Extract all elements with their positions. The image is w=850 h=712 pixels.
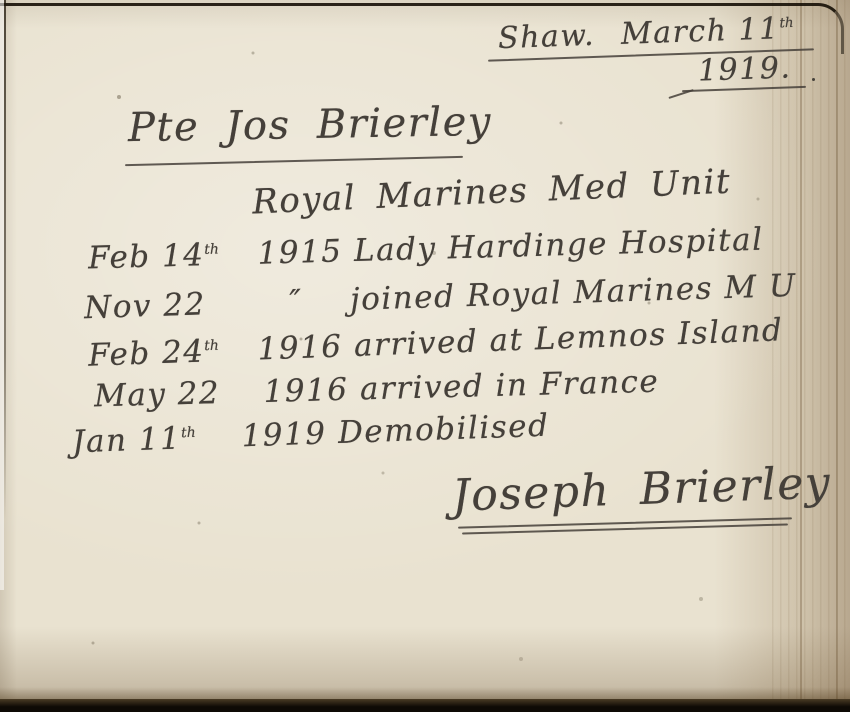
entry-date: Nov 22 [84,286,207,326]
entry-year: 1919 [229,415,338,455]
entry-date: May 22 [94,375,221,414]
entry-year: 1916 [252,371,361,410]
entry-description: arrived at Lemnos Island [353,312,783,364]
dateline-place: Shaw. [497,18,595,56]
page-bottom-shadow [0,687,850,699]
entry-year-ditto: ″ [242,282,351,321]
service-entry: May 22 1916 arrived in France [94,364,660,415]
page-bottom-edge [0,699,850,712]
heading-underline [125,156,463,166]
entry-description: joined Royal Marines M U [349,268,797,318]
entry-year: 1915 [246,233,355,272]
album-page: Shaw.March 11th 1919. Pte Jos Brierley R… [0,0,850,712]
entry-description: arrived in France [360,364,660,408]
page-crease [800,0,802,712]
dateline-year: 1919. [697,50,792,88]
year-underline-flourish [668,89,693,98]
entry-date: Feb 14 [88,237,205,276]
service-entry: Feb 14th 1915 Lady Hardinge Hospital [88,222,764,277]
page-left-edge [4,0,6,590]
entry-date-suffix: th [181,425,196,441]
entry-description: Lady Hardinge Hospital [354,222,764,269]
entry-date: Feb 24 [88,333,206,373]
entry-date: Jan 11 [72,421,182,461]
service-entry: Jan 11th 1919 Demobilised [72,408,550,461]
dateline-date-suffix: th [779,15,794,31]
page-edge-striations [772,0,850,712]
page-crease [836,0,838,712]
dateline-date: March 11 [620,11,780,52]
paper-specks [0,0,2,2]
soldier-name-heading: Pte Jos Brierley [128,99,493,151]
ink-dot [812,78,815,81]
entry-date-suffix: th [204,241,219,257]
dateline: Shaw.March 11th [497,11,794,56]
entry-description: Demobilised [337,408,550,451]
unit-line: Royal Marines Med Unit [251,162,732,223]
entry-date-suffix: th [204,338,219,355]
entry-year: 1916 [245,328,354,368]
